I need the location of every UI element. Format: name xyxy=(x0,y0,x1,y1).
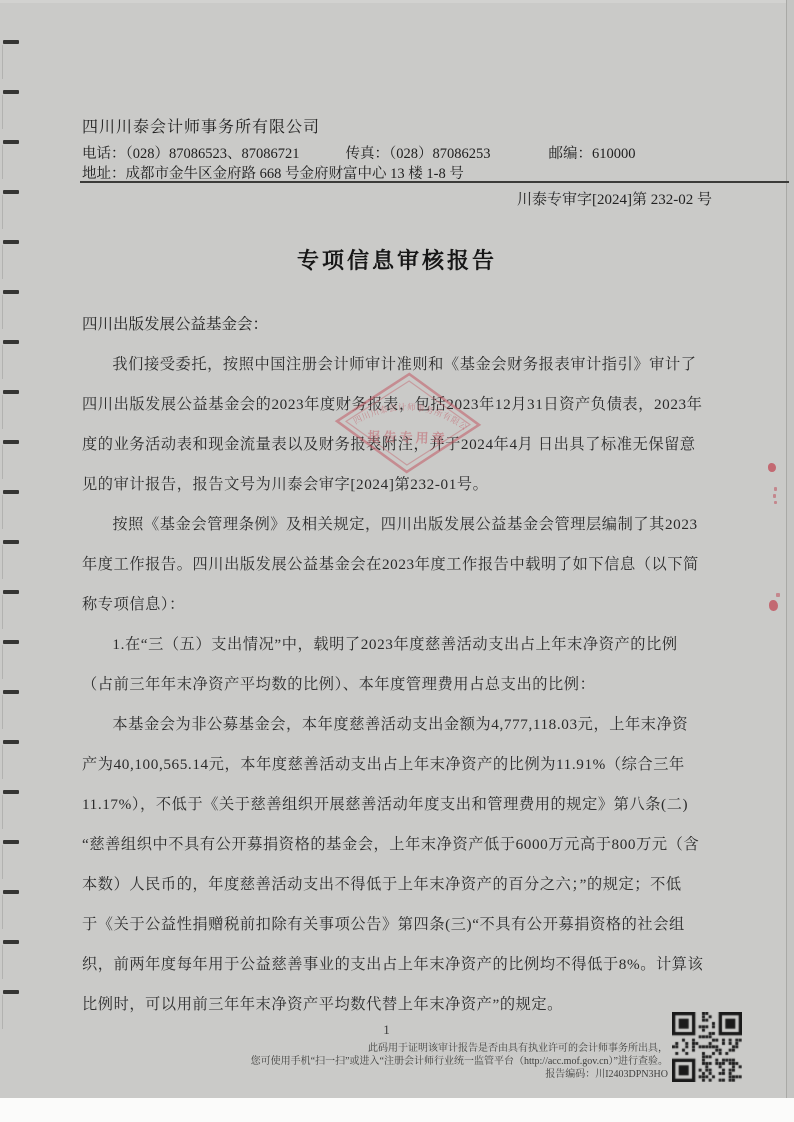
binding-mark-tab xyxy=(2,945,3,979)
report-code: 报告编码：川I2403DPN3HO xyxy=(108,1068,668,1081)
binding-mark-tab xyxy=(2,845,3,879)
binding-mark-tab xyxy=(2,445,3,479)
page-title: 专项信息审核报告 xyxy=(0,244,794,275)
body-line: 本基金会为非公募基金会，本年度慈善活动支出金额为4,777,118.03元，上年… xyxy=(82,705,714,745)
binding-mark xyxy=(3,840,19,844)
company-seal-stamp: 四川川泰会计师事务所有限公司 报告专用章 xyxy=(333,370,484,476)
binding-mark xyxy=(3,140,19,144)
red-ink-mark xyxy=(774,501,777,504)
binding-mark xyxy=(3,640,19,644)
binding-mark xyxy=(3,940,19,944)
contact-row: 电话：（028）87086523、87086721传真：（028）8708625… xyxy=(82,142,712,163)
binding-mark xyxy=(3,540,19,544)
binding-mark-tab xyxy=(2,295,3,329)
body-line: 织，前两年度每年用于公益慈善事业的支出占上年末净资产的比例均不得低于8%。计算该 xyxy=(82,945,714,985)
footer-note-line1: 此码用于证明该审计报告是否由具有执业许可的会计师事务所出具， xyxy=(108,1042,668,1055)
binding-mark-tab xyxy=(2,45,3,79)
binding-mark-tab xyxy=(2,95,3,129)
address-row: 地址：成都市金牛区金府路 668 号金府财富中心 13 楼 1-8 号 xyxy=(82,162,464,183)
binding-mark-tab xyxy=(2,595,3,629)
binding-mark xyxy=(3,890,19,894)
postcode-value: 邮编：610000 xyxy=(549,146,636,162)
body-line: 年度工作报告。四川出版发展公益基金会在2023年度工作报告中载明了如下信息（以下… xyxy=(82,545,714,585)
body-line: 本数）人民币的，年度慈善活动支出不得低于上年末净资产的百分之六；”的规定；不低 xyxy=(82,865,714,905)
binding-mark xyxy=(3,40,19,44)
binding-mark-tab xyxy=(2,645,3,679)
binding-mark-tab xyxy=(2,995,3,1029)
footer-verification-note: 此码用于证明该审计报告是否由具有执业许可的会计师事务所出具， 您可使用手机“扫一… xyxy=(108,1042,668,1081)
binding-mark-tab xyxy=(2,245,3,279)
binding-mark xyxy=(3,590,19,594)
binding-mark-tab xyxy=(2,745,3,779)
qr-code xyxy=(672,1012,742,1082)
scan-bottom-margin xyxy=(0,1098,794,1122)
scan-right-edge-line xyxy=(786,0,787,1100)
addressee: 四川出版发展公益基金会： xyxy=(82,312,268,334)
binding-mark xyxy=(3,990,19,994)
red-ink-mark xyxy=(773,494,776,498)
binding-mark-tab xyxy=(2,195,3,229)
red-ink-mark xyxy=(776,593,780,597)
binding-mark-tab xyxy=(2,795,3,829)
binding-mark-tab xyxy=(2,345,3,379)
scan-top-edge xyxy=(0,0,794,3)
binding-mark-tab xyxy=(2,895,3,929)
binding-mark xyxy=(3,290,19,294)
fax-value: 传真：（028）87086253 xyxy=(346,146,491,162)
body-line: 1.在“三（五）支出情况”中，载明了2023年度慈善活动支出占上年末净资产的比例 xyxy=(82,625,714,665)
binding-mark-tab xyxy=(2,145,3,179)
scanned-page: 四川川泰会计师事务所有限公司 电话：（028）87086523、87086721… xyxy=(0,0,794,1122)
binding-mark-tab xyxy=(2,395,3,429)
document-number: 川泰专审字[2024]第 232-02 号 xyxy=(82,188,712,209)
binding-mark xyxy=(3,790,19,794)
body-line: 于《关于公益性捐赠税前扣除有关事项公告》第四条(三)“不具有公开募捐资格的社会组 xyxy=(82,905,714,945)
body-line: （占前三年年末净资产平均数的比例）、本年度管理费用占总支出的比例： xyxy=(82,665,714,705)
binding-mark xyxy=(3,190,19,194)
body-line: “慈善组织中不具有公开募捐资格的基金会，上年末净资产低于6000万元高于800万… xyxy=(82,825,714,865)
binding-mark xyxy=(3,440,19,444)
red-ink-mark xyxy=(768,463,776,472)
binding-mark xyxy=(3,240,19,244)
phone-value: 电话：（028）87086523、87086721 xyxy=(82,146,300,162)
footer-note-line2: 您可使用手机“扫一扫”或进入“注册会计师行业统一监管平台（http://acc.… xyxy=(108,1055,668,1068)
body-line: 比例时，可以用前三年年末净资产平均数代替上年末净资产”的规定。 xyxy=(82,985,714,1025)
header-divider xyxy=(80,181,789,183)
firm-name: 四川川泰会计师事务所有限公司 xyxy=(82,114,320,137)
binding-mark xyxy=(3,690,19,694)
body-line: 称专项信息）： xyxy=(82,585,714,625)
stamp-label: 报告专用章 xyxy=(367,429,447,446)
binding-mark-tab xyxy=(2,545,3,579)
binding-mark xyxy=(3,390,19,394)
binding-mark-tab xyxy=(2,495,3,529)
binding-mark-tab xyxy=(2,695,3,729)
binding-mark xyxy=(3,340,19,344)
binding-mark xyxy=(3,740,19,744)
red-ink-mark xyxy=(774,487,777,491)
body-line: 按照《基金会管理条例》及相关规定，四川出版发展公益基金会管理层编制了其2023 xyxy=(82,505,714,545)
body-line: 产为40,100,565.14元，本年度慈善活动支出占上年末净资产的比例为11.… xyxy=(82,745,714,785)
binding-mark xyxy=(3,90,19,94)
red-ink-mark xyxy=(769,600,778,611)
binding-mark xyxy=(3,490,19,494)
scan-right-edge xyxy=(787,0,794,1100)
body-line: 11.17%），不低于《关于慈善组织开展慈善活动年度支出和管理费用的规定》第八条… xyxy=(82,785,714,825)
